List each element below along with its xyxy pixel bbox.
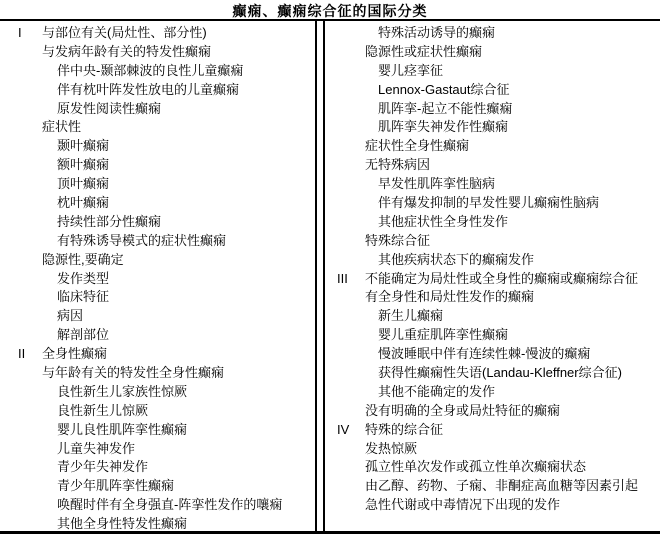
table-row: II全身性癫痫 — [0, 345, 315, 364]
table-row: 症状性 — [0, 118, 315, 137]
table-row: 有特殊诱导模式的症状性癫痫 — [0, 232, 315, 251]
table-row: 特殊活动诱导的癫痫 — [326, 24, 660, 43]
page-title: 癫痫、癫痫综合征的国际分类 — [0, 1, 660, 21]
table-row: 由乙醇、药物、子痫、非酮症高血糖等因素引起 — [326, 477, 660, 496]
table-row: IV特殊的综合征 — [326, 421, 660, 440]
table-row: 颞叶癫痫 — [0, 137, 315, 156]
entry-text: 持续性部分性癫痫 — [42, 213, 161, 232]
table-row: Lennox-Gastaut综合征 — [326, 81, 660, 100]
entry-text: 获得性癫痫性失语(Landau-Kleffner综合征) — [365, 364, 622, 383]
table-row: 慢波睡眠中伴有连续性棘-慢波的癫痫 — [326, 345, 660, 364]
entry-text: 全身性癫痫 — [42, 345, 107, 364]
entry-text: 婴儿重症肌阵挛性癫痫 — [365, 326, 508, 345]
entry-text: 良性新生儿家族性惊厥 — [42, 383, 187, 402]
entry-text: 无特殊病因 — [365, 156, 430, 175]
right-column: 特殊活动诱导的癫痫隐源性或症状性癫痫婴儿痉挛征Lennox-Gastaut综合征… — [326, 24, 660, 515]
table-row: 有全身性和局灶性发作的癫痫 — [326, 288, 660, 307]
table-row: 发热惊厥 — [326, 440, 660, 459]
column-divider-right-line — [323, 21, 325, 531]
table-row: 肌阵挛-起立不能性癫痫 — [326, 100, 660, 119]
entry-text: 与部位有关(局灶性、部分性) — [42, 24, 207, 43]
table-row: 临床特征 — [0, 288, 315, 307]
entry-text: 其他症状性全身性发作 — [365, 213, 508, 232]
entry-text: 由乙醇、药物、子痫、非酮症高血糖等因素引起 — [365, 477, 638, 496]
table-row: 伴有枕叶阵发性放电的儿童癫痫 — [0, 81, 315, 100]
table-row: 儿童失神发作 — [0, 440, 315, 459]
entry-text: 伴中央-颞部棘波的良性儿童癫痫 — [42, 62, 243, 81]
entry-text: 婴儿痉挛征 — [365, 62, 443, 81]
entry-text: 慢波睡眠中伴有连续性棘-慢波的癫痫 — [365, 345, 590, 364]
entry-text: 顶叶癫痫 — [42, 175, 109, 194]
table-row: 与发病年龄有关的特发性癫痫 — [0, 43, 315, 62]
table-row: III不能确定为局灶性或全身性的癫痫或癫痫综合征 — [326, 270, 660, 289]
table-row: 与年龄有关的特发性全身性癫痫 — [0, 364, 315, 383]
left-column: I与部位有关(局灶性、部分性)与发病年龄有关的特发性癫痫伴中央-颞部棘波的良性儿… — [0, 24, 315, 534]
table-row: 解剖部位 — [0, 326, 315, 345]
entry-text: 病因 — [42, 307, 83, 326]
table-row: 孤立性单次发作或孤立性单次癫痫状态 — [326, 458, 660, 477]
table-row: 伴中央-颞部棘波的良性儿童癫痫 — [0, 62, 315, 81]
table-row: I与部位有关(局灶性、部分性) — [0, 24, 315, 43]
table-row: 持续性部分性癫痫 — [0, 213, 315, 232]
table-row: 隐源性或症状性癫痫 — [326, 43, 660, 62]
entry-text: 隐源性或症状性癫痫 — [365, 43, 482, 62]
section-numeral: II — [0, 345, 42, 364]
entry-text: 症状性 — [42, 118, 81, 137]
table-row: 特殊综合征 — [326, 232, 660, 251]
table-row: 青少年肌阵挛性癫痫 — [0, 477, 315, 496]
entry-text: 早发性肌阵挛性脑病 — [365, 175, 495, 194]
table-row: 其他全身性特发性癫痫 — [0, 515, 315, 534]
entry-text: 伴有爆发抑制的早发性婴儿癫痫性脑病 — [365, 194, 599, 213]
table-row: 早发性肌阵挛性脑病 — [326, 175, 660, 194]
entry-text: 解剖部位 — [42, 326, 109, 345]
entry-text: 隐源性,要确定 — [42, 251, 124, 270]
table-row: 婴儿良性肌阵挛性癫痫 — [0, 421, 315, 440]
entry-text: 临床特征 — [42, 288, 109, 307]
entry-text: 青少年肌阵挛性癫痫 — [42, 477, 174, 496]
entry-text: 其他疾病状态下的癫痫发作 — [365, 251, 534, 270]
table-row: 唤醒时伴有全身强直-阵挛性发作的嚷痫 — [0, 496, 315, 515]
table-row: 急性代谢或中毒情况下出现的发作 — [326, 496, 660, 515]
entry-text: 唤醒时伴有全身强直-阵挛性发作的嚷痫 — [42, 496, 282, 515]
table-row: 青少年失神发作 — [0, 458, 315, 477]
entry-text: Lennox-Gastaut综合征 — [365, 81, 510, 100]
entry-text: 婴儿良性肌阵挛性癫痫 — [42, 421, 187, 440]
table-row: 发作类型 — [0, 270, 315, 289]
table-row: 其他症状性全身性发作 — [326, 213, 660, 232]
entry-text: 急性代谢或中毒情况下出现的发作 — [365, 496, 560, 515]
entry-text: 有特殊诱导模式的症状性癫痫 — [42, 232, 226, 251]
entry-text: 孤立性单次发作或孤立性单次癫痫状态 — [365, 458, 586, 477]
table-row: 症状性全身性癫痫 — [326, 137, 660, 156]
table-row: 其他疾病状态下的癫痫发作 — [326, 251, 660, 270]
table-row: 良性新生儿惊厥 — [0, 402, 315, 421]
entry-text: 青少年失神发作 — [42, 458, 148, 477]
entry-text: 肌阵挛-起立不能性癫痫 — [365, 100, 512, 119]
table-row: 没有明确的全身或局灶特征的癫痫 — [326, 402, 660, 421]
table-row: 婴儿痉挛征 — [326, 62, 660, 81]
table-row: 无特殊病因 — [326, 156, 660, 175]
entry-text: 与年龄有关的特发性全身性癫痫 — [42, 364, 224, 383]
entry-text: 肌阵挛失神发作性癫痫 — [365, 118, 508, 137]
table-row: 良性新生儿家族性惊厥 — [0, 383, 315, 402]
entry-text: 原发性阅读性癫痫 — [42, 100, 161, 119]
entry-text: 枕叶癫痫 — [42, 194, 109, 213]
table-row: 额叶癫痫 — [0, 156, 315, 175]
table-row: 获得性癫痫性失语(Landau-Kleffner综合征) — [326, 364, 660, 383]
entry-text: 不能确定为局灶性或全身性的癫痫或癫痫综合征 — [365, 270, 638, 289]
entry-text: 特殊的综合征 — [365, 421, 443, 440]
entry-text: 特殊活动诱导的癫痫 — [365, 24, 495, 43]
table-row: 隐源性,要确定 — [0, 251, 315, 270]
entry-text: 儿童失神发作 — [42, 440, 135, 459]
table-row: 原发性阅读性癫痫 — [0, 100, 315, 119]
entry-text: 良性新生儿惊厥 — [42, 402, 148, 421]
entry-text: 症状性全身性癫痫 — [365, 137, 469, 156]
table-row: 婴儿重症肌阵挛性癫痫 — [326, 326, 660, 345]
entry-text: 伴有枕叶阵发性放电的儿童癫痫 — [42, 81, 239, 100]
section-numeral: IV — [326, 421, 365, 440]
entry-text: 颞叶癫痫 — [42, 137, 109, 156]
entry-text: 特殊综合征 — [365, 232, 430, 251]
table-row: 其他不能确定的发作 — [326, 383, 660, 402]
entry-text: 其他不能确定的发作 — [365, 383, 495, 402]
table-row: 伴有爆发抑制的早发性婴儿癫痫性脑病 — [326, 194, 660, 213]
entry-text: 与发病年龄有关的特发性癫痫 — [42, 43, 211, 62]
entry-text: 没有明确的全身或局灶特征的癫痫 — [365, 402, 560, 421]
classification-table-page: 癫痫、癫痫综合征的国际分类 I与部位有关(局灶性、部分性)与发病年龄有关的特发性… — [0, 0, 660, 538]
entry-text: 发热惊厥 — [365, 440, 417, 459]
entry-text: 其他全身性特发性癫痫 — [42, 515, 187, 534]
top-rule — [0, 19, 660, 21]
entry-text: 有全身性和局灶性发作的癫痫 — [365, 288, 534, 307]
section-numeral: III — [326, 270, 365, 289]
table-row: 枕叶癫痫 — [0, 194, 315, 213]
section-numeral: I — [0, 24, 42, 43]
column-divider-left-line — [315, 21, 317, 531]
entry-text: 发作类型 — [42, 270, 109, 289]
table-row: 顶叶癫痫 — [0, 175, 315, 194]
table-row: 新生儿癫痫 — [326, 307, 660, 326]
entry-text: 额叶癫痫 — [42, 156, 109, 175]
table-row: 病因 — [0, 307, 315, 326]
entry-text: 新生儿癫痫 — [365, 307, 443, 326]
table-row: 肌阵挛失神发作性癫痫 — [326, 118, 660, 137]
